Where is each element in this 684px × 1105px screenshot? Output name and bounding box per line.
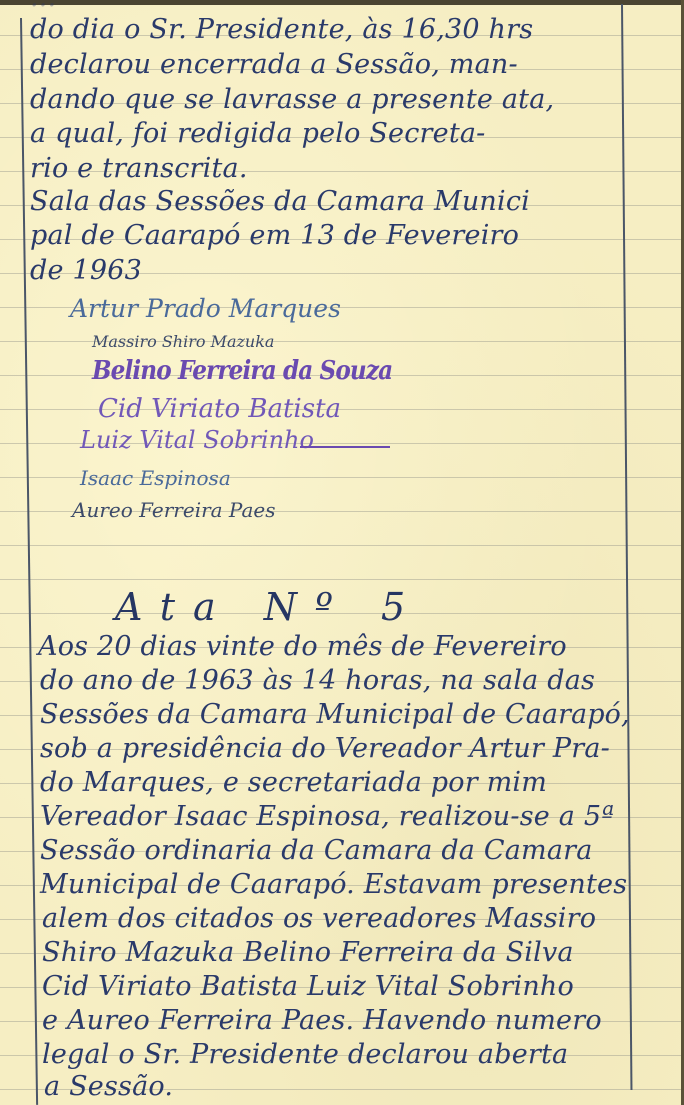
signature-underline: [300, 446, 390, 448]
text-line: Shiro Mazuka Belino Ferreira da Silva: [42, 939, 574, 966]
text-line: legal o Sr. Presidente declarou aberta: [42, 1041, 568, 1068]
text-line: pal de Caarapó em 13 de Fevereiro: [30, 222, 519, 249]
text-line: alem dos citados os vereadores Massiro: [42, 905, 596, 932]
cut-off-line: ...: [30, 0, 56, 11]
text-line: do ano de 1963 às 14 horas, na sala das: [40, 667, 595, 694]
text-line: Sessões da Camara Municipal de Caarapó,: [40, 701, 630, 728]
text-line: Sessão ordinaria da Camara da Camara: [40, 837, 593, 864]
text-line: a Sessão.: [44, 1073, 173, 1100]
text-line: Cid Viriato Batista Luiz Vital Sobrinho: [42, 973, 574, 1000]
text-line: Aos 20 dias vinte do mês de Fevereiro: [38, 633, 567, 660]
text-line: e Aureo Ferreira Paes. Havendo numero: [42, 1007, 602, 1034]
signature: Isaac Espinosa: [80, 468, 231, 488]
right-margin-line: [621, 4, 632, 1090]
ruled-line: [0, 545, 681, 546]
text-line: dando que se lavrasse a presente ata,: [30, 86, 554, 113]
text-line: Sala das Sessões da Camara Munici: [30, 188, 530, 215]
signature: Massiro Shiro Mazuka: [92, 334, 274, 350]
text-line: Vereador Isaac Espinosa, realizou-se a 5…: [40, 803, 614, 830]
signature: Cid Viriato Batista: [98, 396, 341, 422]
text-line: Municipal de Caarapó. Estavam presentes: [40, 871, 627, 898]
signature: Luiz Vital Sobrinho: [80, 428, 314, 452]
text-line: do Marques, e secretariada por mim: [40, 769, 547, 796]
text-line: sob a presidência do Vereador Artur Pra-: [40, 735, 610, 762]
text-line: rio e transcrita.: [30, 155, 248, 182]
text-line: declarou encerrada a Sessão, man-: [30, 51, 518, 78]
scanned-page: ... do dia o Sr. Presidente, às 16,30 hr…: [0, 0, 684, 1105]
signature: Belino Ferreira da Souza: [92, 358, 392, 384]
ruled-line: [0, 579, 681, 580]
signature: Artur Prado Marques: [70, 296, 341, 321]
scan-top-edge: [0, 0, 684, 5]
date-line: de 1963: [30, 257, 142, 284]
text-line: a qual, foi redigida pelo Secreta-: [30, 120, 486, 147]
text-line: do dia o Sr. Presidente, às 16,30 hrs: [30, 16, 533, 43]
minutes-heading: Ata Nº 5: [115, 588, 423, 626]
signature: Aureo Ferreira Paes: [72, 500, 276, 520]
